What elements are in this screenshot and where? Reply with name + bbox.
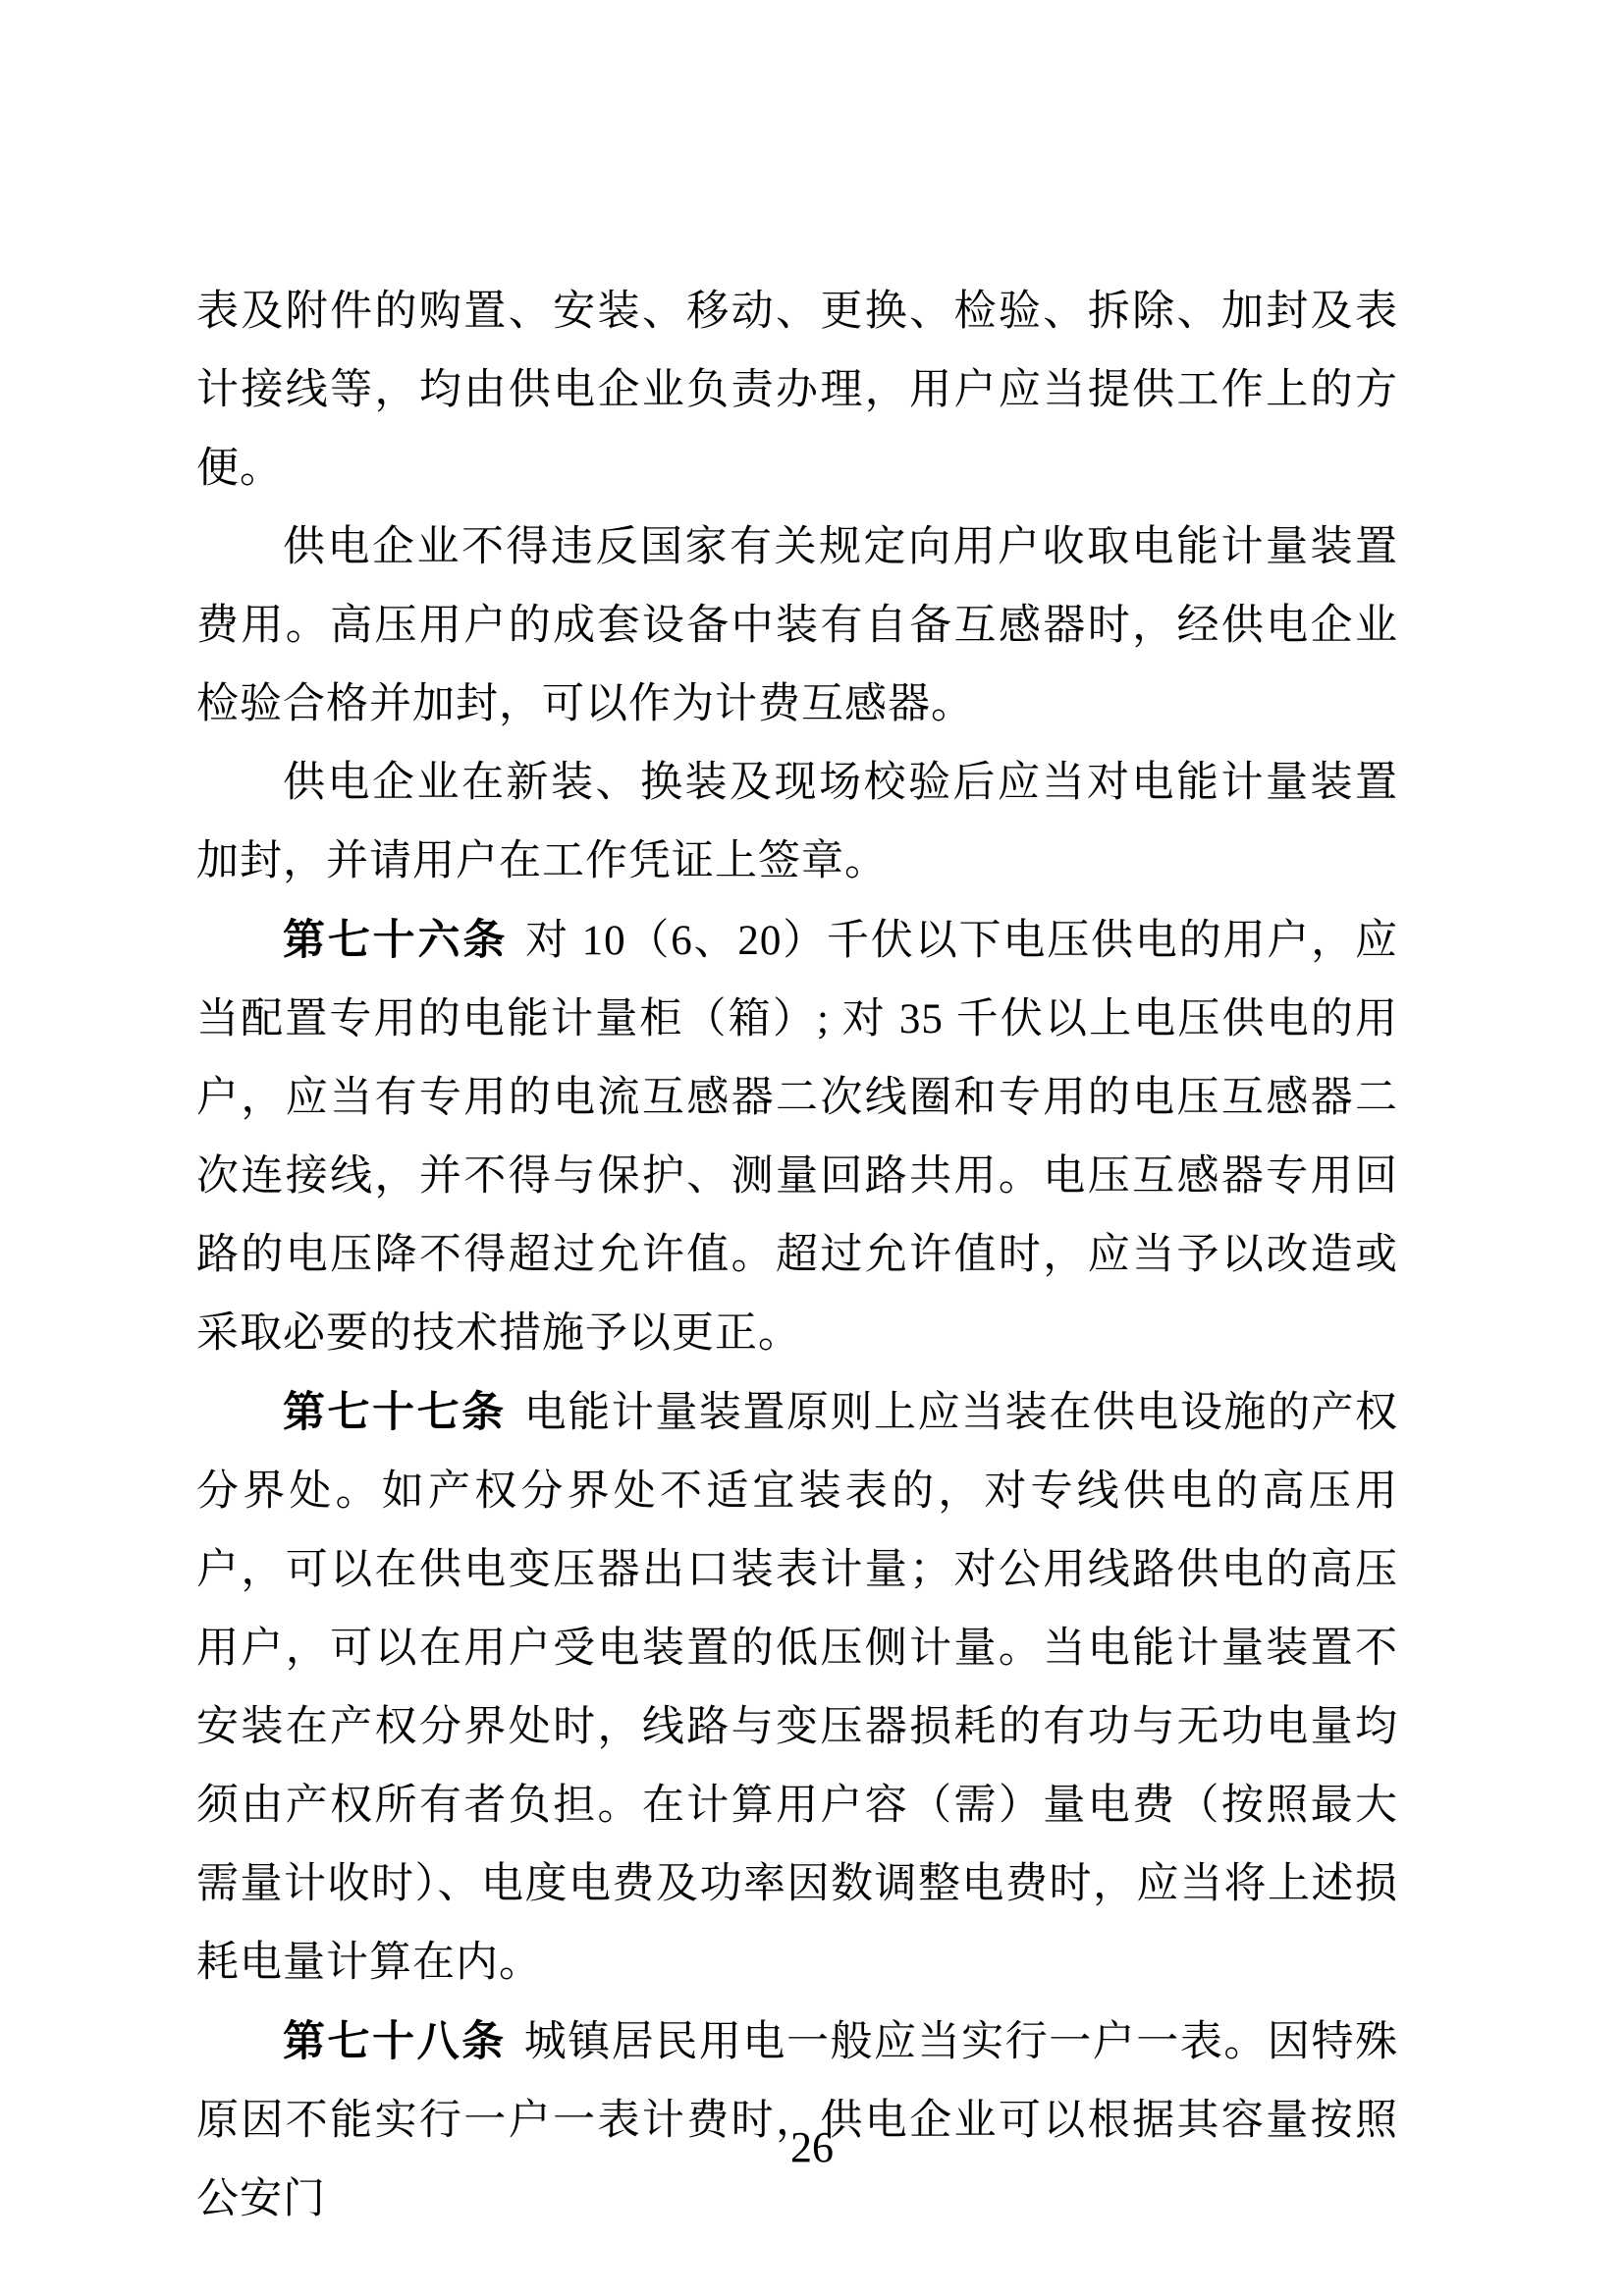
article-number: 第七十七条 bbox=[283, 1389, 507, 1436]
paragraph-text: 电能计量装置原则上应当装在供电设施的产权分界处。如产权分界处不适宜装表的，对专线… bbox=[196, 1390, 1398, 1986]
paragraph-article-77: 第七十七条电能计量装置原则上应当装在供电设施的产权分界处。如产权分界处不适宜装表… bbox=[196, 1373, 1398, 2002]
page-number: 26 bbox=[0, 2118, 1624, 2177]
paragraph: 供电企业不得违反国家有关规定向用户收取电能计量装置费用。高压用户的成套设备中装有… bbox=[196, 508, 1398, 744]
paragraph: 表及附件的购置、安装、移动、更换、检验、拆除、加封及表计接线等，均由供电企业负责… bbox=[196, 273, 1398, 508]
paragraph: 供电企业在新装、换装及现场校验后应当对电能计量装置加封，并请用户在工作凭证上签章… bbox=[196, 744, 1398, 901]
paragraph-text: 供电企业不得违反国家有关规定向用户收取电能计量装置费用。高压用户的成套设备中装有… bbox=[196, 524, 1398, 727]
document-body: 表及附件的购置、安装、移动、更换、检验、拆除、加封及表计接线等，均由供电企业负责… bbox=[196, 273, 1398, 2239]
paragraph-article-76: 第七十六条对 10（6、20）千伏以下电压供电的用户，应当配置专用的电能计量柜（… bbox=[196, 901, 1398, 1373]
article-number: 第七十八条 bbox=[283, 2018, 507, 2065]
document-page: 表及附件的购置、安装、移动、更换、检验、拆除、加封及表计接线等，均由供电企业负责… bbox=[0, 0, 1624, 2296]
article-number: 第七十六条 bbox=[283, 917, 508, 964]
paragraph-text: 表及附件的购置、安装、移动、更换、检验、拆除、加封及表计接线等，均由供电企业负责… bbox=[196, 289, 1398, 492]
paragraph-text: 供电企业在新装、换装及现场校验后应当对电能计量装置加封，并请用户在工作凭证上签章… bbox=[196, 760, 1398, 884]
paragraph-text: 对 10（6、20）千伏以下电压供电的用户，应当配置专用的电能计量柜（箱）; 对… bbox=[196, 918, 1398, 1357]
